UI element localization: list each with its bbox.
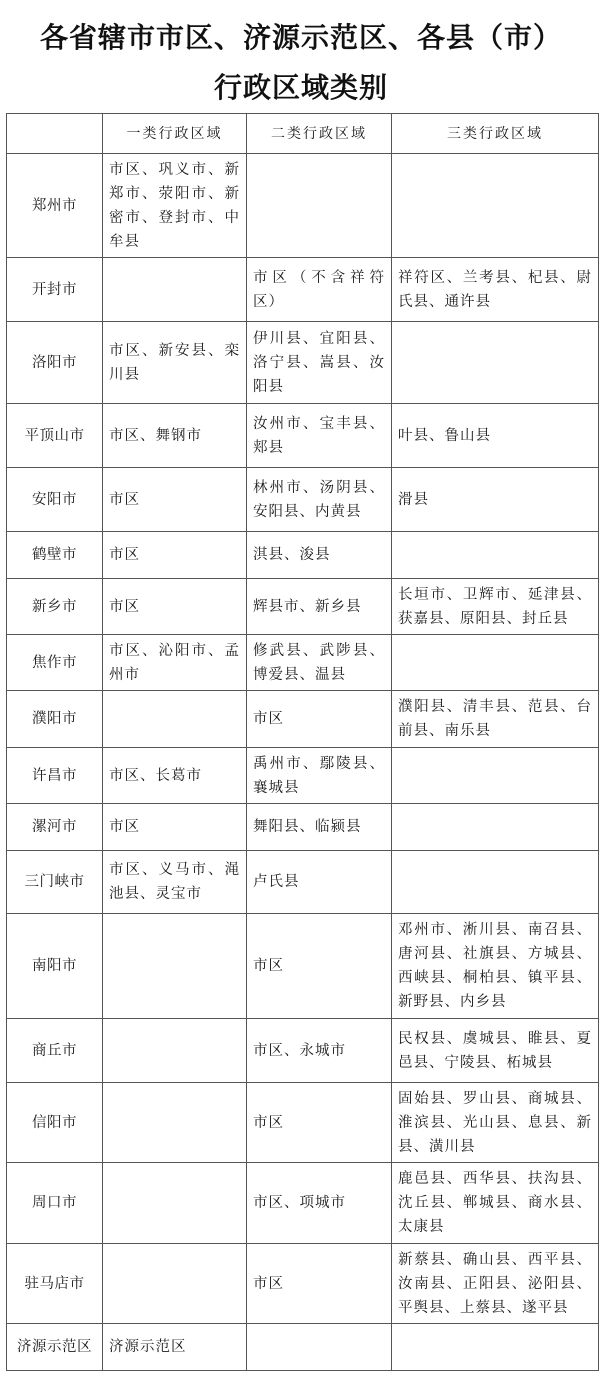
- class-2-cell: [247, 154, 392, 258]
- class-2-cell: 修武县、武陟县、博爱县、温县: [247, 635, 392, 691]
- city-cell: 许昌市: [7, 748, 103, 804]
- class-2-cell: 市区: [247, 1083, 392, 1163]
- table-row: 鹤壁市 市区 淇县、浚县: [7, 532, 599, 579]
- class-1-cell: 市区、巩义市、新郑市、荥阳市、新密市、登封市、中牟县: [103, 154, 247, 258]
- class-3-cell: 鹿邑县、西华县、扶沟县、沈丘县、郸城县、商水县、太康县: [392, 1163, 599, 1244]
- class-1-cell: [103, 1163, 247, 1244]
- class-2-cell: 伊川县、宜阳县、洛宁县、嵩县、汝阳县: [247, 322, 392, 404]
- class-2-cell: 市区: [247, 1244, 392, 1324]
- header-class-3: 三类行政区域: [392, 114, 599, 154]
- city-cell: 平顶山市: [7, 404, 103, 468]
- table-row: 三门峡市 市区、义马市、渑池县、灵宝市 卢氏县: [7, 851, 599, 914]
- class-1-cell: 市区、舞钢市: [103, 404, 247, 468]
- table-row: 开封市 市区（不含祥符区） 祥符区、兰考县、杞县、尉氏县、通许县: [7, 258, 599, 322]
- class-1-cell: 市区、沁阳市、孟州市: [103, 635, 247, 691]
- class-1-cell: 市区、新安县、栾川县: [103, 322, 247, 404]
- class-1-cell: [103, 1083, 247, 1163]
- city-cell: 三门峡市: [7, 851, 103, 914]
- class-1-cell: 市区: [103, 532, 247, 579]
- class-3-cell: 祥符区、兰考县、杞县、尉氏县、通许县: [392, 258, 599, 322]
- city-cell: 商丘市: [7, 1019, 103, 1083]
- table-row: 周口市 市区、项城市 鹿邑县、西华县、扶沟县、沈丘县、郸城县、商水县、太康县: [7, 1163, 599, 1244]
- city-cell: 鹤壁市: [7, 532, 103, 579]
- table-row: 濮阳市 市区 濮阳县、清丰县、范县、台前县、南乐县: [7, 691, 599, 748]
- class-1-cell: [103, 691, 247, 748]
- class-3-cell: 邓州市、淅川县、南召县、唐河县、社旗县、方城县、西峡县、桐柏县、镇平县、新野县、…: [392, 914, 599, 1019]
- table-row: 信阳市 市区 固始县、罗山县、商城县、淮滨县、光山县、息县、新县、潢川县: [7, 1083, 599, 1163]
- class-1-cell: 济源示范区: [103, 1324, 247, 1371]
- class-3-cell: 叶县、鲁山县: [392, 404, 599, 468]
- class-2-cell: 舞阳县、临颍县: [247, 804, 392, 851]
- class-3-cell: [392, 635, 599, 691]
- city-cell: 周口市: [7, 1163, 103, 1244]
- table-row: 济源示范区 济源示范区: [7, 1324, 599, 1371]
- document-title-line-1: 各省辖市市区、济源示范区、各县（市）: [0, 16, 602, 56]
- class-3-cell: [392, 322, 599, 404]
- class-1-cell: 市区: [103, 579, 247, 635]
- table-header-row: 一类行政区域 二类行政区域 三类行政区域: [7, 114, 599, 154]
- class-2-cell: 辉县市、新乡县: [247, 579, 392, 635]
- class-1-cell: [103, 914, 247, 1019]
- class-1-cell: [103, 1244, 247, 1324]
- table-row: 漯河市 市区 舞阳县、临颍县: [7, 804, 599, 851]
- region-classification-table: 一类行政区域 二类行政区域 三类行政区域 郑州市 市区、巩义市、新郑市、荥阳市、…: [6, 113, 599, 1371]
- header-class-2: 二类行政区域: [247, 114, 392, 154]
- class-2-cell: 淇县、浚县: [247, 532, 392, 579]
- class-2-cell: 林州市、汤阴县、安阳县、内黄县: [247, 468, 392, 532]
- table-row: 洛阳市 市区、新安县、栾川县 伊川县、宜阳县、洛宁县、嵩县、汝阳县: [7, 322, 599, 404]
- header-city: [7, 114, 103, 154]
- table-row: 许昌市 市区、长葛市 禹州市、鄢陵县、襄城县: [7, 748, 599, 804]
- table-row: 平顶山市 市区、舞钢市 汝州市、宝丰县、郏县 叶县、鲁山县: [7, 404, 599, 468]
- city-cell: 新乡市: [7, 579, 103, 635]
- table-row: 驻马店市 市区 新蔡县、确山县、西平县、汝南县、正阳县、泌阳县、平舆县、上蔡县、…: [7, 1244, 599, 1324]
- document-title-line-2: 行政区域类别: [0, 66, 602, 106]
- class-3-cell: 长垣市、卫辉市、延津县、获嘉县、原阳县、封丘县: [392, 579, 599, 635]
- class-3-cell: [392, 851, 599, 914]
- class-2-cell: 市区: [247, 691, 392, 748]
- city-cell: 洛阳市: [7, 322, 103, 404]
- city-cell: 郑州市: [7, 154, 103, 258]
- city-cell: 濮阳市: [7, 691, 103, 748]
- class-3-cell: [392, 1324, 599, 1371]
- class-1-cell: 市区: [103, 468, 247, 532]
- class-1-cell: 市区: [103, 804, 247, 851]
- table-row: 安阳市 市区 林州市、汤阴县、安阳县、内黄县 滑县: [7, 468, 599, 532]
- table-row: 南阳市 市区 邓州市、淅川县、南召县、唐河县、社旗县、方城县、西峡县、桐柏县、镇…: [7, 914, 599, 1019]
- class-1-cell: 市区、长葛市: [103, 748, 247, 804]
- class-2-cell: [247, 1324, 392, 1371]
- class-1-cell: 市区、义马市、渑池县、灵宝市: [103, 851, 247, 914]
- class-2-cell: 市区（不含祥符区）: [247, 258, 392, 322]
- table-row: 商丘市 市区、永城市 民权县、虞城县、睢县、夏邑县、宁陵县、柘城县: [7, 1019, 599, 1083]
- table-row: 郑州市 市区、巩义市、新郑市、荥阳市、新密市、登封市、中牟县: [7, 154, 599, 258]
- class-2-cell: 市区、永城市: [247, 1019, 392, 1083]
- class-3-cell: 新蔡县、确山县、西平县、汝南县、正阳县、泌阳县、平舆县、上蔡县、遂平县: [392, 1244, 599, 1324]
- class-1-cell: [103, 258, 247, 322]
- city-cell: 安阳市: [7, 468, 103, 532]
- class-3-cell: 滑县: [392, 468, 599, 532]
- city-cell: 信阳市: [7, 1083, 103, 1163]
- class-3-cell: 濮阳县、清丰县、范县、台前县、南乐县: [392, 691, 599, 748]
- city-cell: 漯河市: [7, 804, 103, 851]
- class-3-cell: [392, 804, 599, 851]
- table-row: 新乡市 市区 辉县市、新乡县 长垣市、卫辉市、延津县、获嘉县、原阳县、封丘县: [7, 579, 599, 635]
- class-3-cell: 固始县、罗山县、商城县、淮滨县、光山县、息县、新县、潢川县: [392, 1083, 599, 1163]
- city-cell: 焦作市: [7, 635, 103, 691]
- header-class-1: 一类行政区域: [103, 114, 247, 154]
- city-cell: 开封市: [7, 258, 103, 322]
- class-3-cell: 民权县、虞城县、睢县、夏邑县、宁陵县、柘城县: [392, 1019, 599, 1083]
- class-2-cell: 市区、项城市: [247, 1163, 392, 1244]
- city-cell: 驻马店市: [7, 1244, 103, 1324]
- class-2-cell: 禹州市、鄢陵县、襄城县: [247, 748, 392, 804]
- city-cell: 济源示范区: [7, 1324, 103, 1371]
- class-2-cell: 市区: [247, 914, 392, 1019]
- class-2-cell: 汝州市、宝丰县、郏县: [247, 404, 392, 468]
- table-row: 焦作市 市区、沁阳市、孟州市 修武县、武陟县、博爱县、温县: [7, 635, 599, 691]
- class-1-cell: [103, 1019, 247, 1083]
- class-2-cell: 卢氏县: [247, 851, 392, 914]
- class-3-cell: [392, 532, 599, 579]
- city-cell: 南阳市: [7, 914, 103, 1019]
- class-3-cell: [392, 154, 599, 258]
- class-3-cell: [392, 748, 599, 804]
